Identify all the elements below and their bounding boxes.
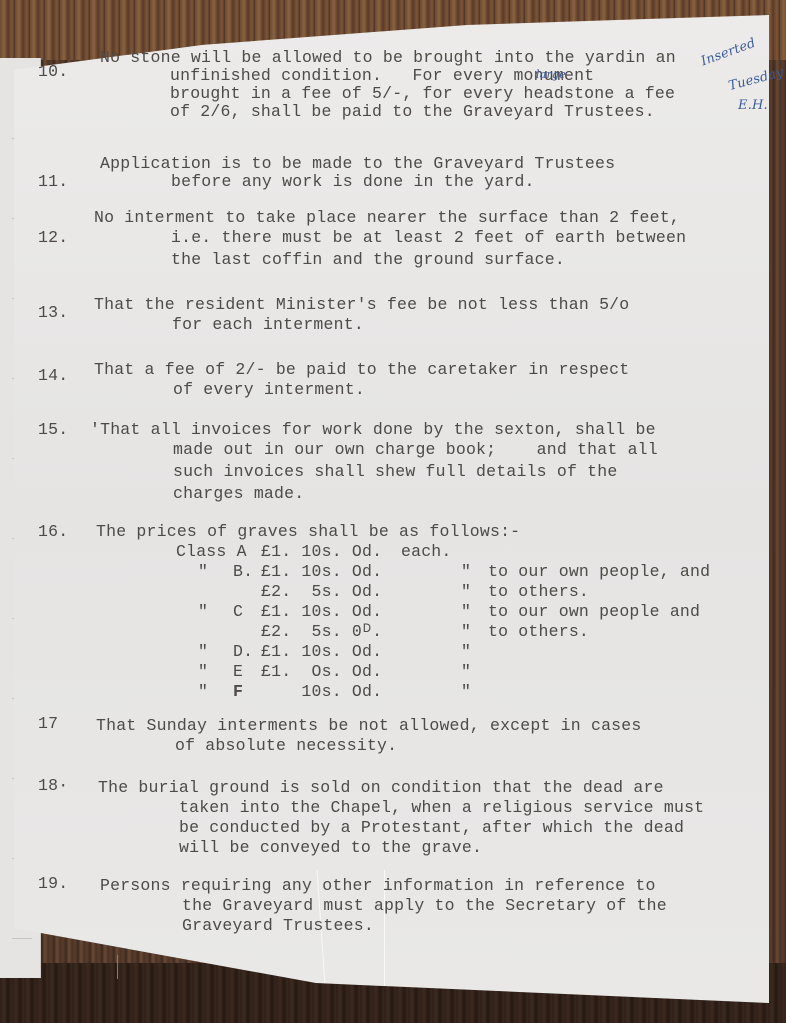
price-amount: £1. 10s. Od. [261,542,382,561]
rule-line: unfinished condition. For every monument [170,66,594,85]
rule-line: That a fee of 2/- be paid to the caretak… [94,360,629,379]
rule-number: 16. [38,522,68,541]
price-class: Class A [176,542,247,561]
rule-line: of every interment. [173,380,365,399]
ditto-mark: " [198,602,208,621]
rule-line: The prices of graves shall be as follows… [96,522,520,541]
rule-line: That the resident Minister's fee be not … [94,295,629,314]
rule-number: 10. [38,62,68,81]
handwritten-insertion-large: large [536,68,566,81]
rule-line: of absolute necessity. [175,736,397,755]
price-amount: £1. 10s. Od. [261,642,382,661]
rule-line: i.e. there must be at least 2 feet of ea… [171,228,686,247]
price-mark: each. [401,542,452,561]
rule-line: for each interment. [172,315,364,334]
rule-line: That Sunday interments be not allowed, e… [96,716,642,735]
typed-rules: 10. No stone will be allowed to be broug… [0,0,786,1023]
price-amount: £1. Os. Od. [261,662,382,681]
ditto-mark: " [461,682,471,701]
handwritten-initials: E.H. [738,98,768,113]
rule-line: taken into the Chapel, when a religious … [179,798,704,817]
ditto-mark: " [461,602,471,621]
price-amount: 10s. Od. [261,682,382,701]
rule-line: brought in a fee of 5/-, for every heads… [170,84,675,103]
rule-line: charges made. [173,484,304,503]
price-note: to others. [488,622,589,641]
ditto-mark: " [461,622,471,641]
rule-number: 11. [38,172,68,191]
rule-number: 17 [38,714,58,733]
ditto-mark: " [461,642,471,661]
ditto-mark: " [461,582,471,601]
rule-line: the last coffin and the ground surface. [171,250,565,269]
rule-line: be conducted by a Protestant, after whic… [179,818,684,837]
price-note: to our own people and [488,602,700,621]
rule-line: 'That all invoices for work done by the … [90,420,656,439]
price-amount: £1. 10s. Od. [261,562,382,581]
rule-line: will be conveyed to the grave. [179,838,482,857]
price-amount: £2. 5s. 0ᴰ. [261,622,382,641]
ditto-mark: " [198,642,208,661]
rule-line: No stone will be allowed to be brought i… [100,48,676,67]
rule-number: 19. [38,874,68,893]
ditto-mark: " [461,562,471,581]
rule-line: The burial ground is sold on condition t… [98,778,664,797]
price-amount: £1. 10s. Od. [261,602,382,621]
rule-line: Graveyard Trustees. [182,916,374,935]
handwritten-margin-note: Inserted [699,36,758,70]
price-class: C [233,602,243,621]
price-class: F [233,682,243,701]
ditto-mark: " [198,682,208,701]
price-class: E [233,662,243,681]
rule-number: 12. [38,228,68,247]
price-note: to others. [488,582,589,601]
rule-number: 18· [38,776,68,795]
rule-line: before any work is done in the yard. [171,172,535,191]
rule-number: 13. [38,303,68,322]
ditto-mark: " [461,662,471,681]
ditto-mark: " [198,562,208,581]
price-amount: £2. 5s. Od. [261,582,382,601]
rule-line: Persons requiring any other information … [100,876,656,895]
rule-line: the Graveyard must apply to the Secretar… [182,896,667,915]
rule-number: 15. [38,420,68,439]
rule-line: of 2/6, shall be paid to the Graveyard T… [170,102,655,121]
price-note: to our own people, and [488,562,710,581]
price-class: D. [233,642,253,661]
rule-line: such invoices shall shew full details of… [173,462,617,481]
rule-number: 14. [38,366,68,385]
handwritten-margin-note: Tuesday [727,65,785,94]
rule-line: No interment to take place nearer the su… [94,208,680,227]
ditto-mark: " [198,662,208,681]
rule-line: Application is to be made to the Graveya… [100,154,615,173]
rule-line: made out in our own charge book; and tha… [173,440,658,459]
price-class: B. [233,562,253,581]
